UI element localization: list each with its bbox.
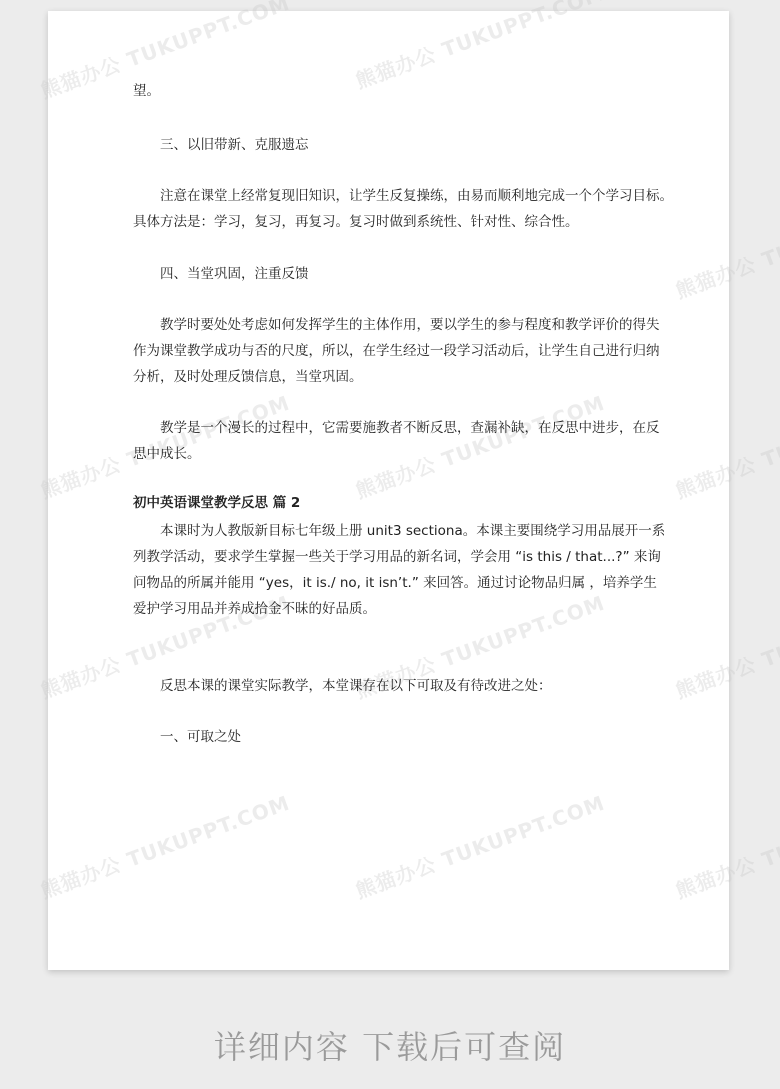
- watermark: 熊猫办公 TUKUPPT.COM: [671, 787, 780, 904]
- article-title: 初中英语课堂教学反思 篇 2: [133, 491, 300, 511]
- watermark: 熊猫办公 TUKUPPT.COM: [351, 787, 608, 904]
- section-heading: 一、可取之处: [160, 725, 241, 745]
- watermark: 熊猫办公 TUKUPPT.COM: [351, 387, 608, 504]
- download-prompt: 详细内容 下载后可查阅: [0, 1022, 780, 1068]
- text-line: 思中成长。: [133, 442, 201, 462]
- section-heading: 三、以旧带新、克服遗忘: [160, 133, 309, 153]
- text-line: 列教学活动，要求学生掌握一些关于学习用品的新名词，学会用 “is this / …: [133, 545, 661, 565]
- watermark: 熊猫办公 TUKUPPT.COM: [671, 187, 780, 304]
- watermark: 熊猫办公 TUKUPPT.COM: [36, 787, 293, 904]
- text-line: 望。: [133, 79, 160, 99]
- watermark: 熊猫办公 TUKUPPT.COM: [36, 0, 293, 104]
- watermark: 熊猫办公 TUKUPPT.COM: [351, 0, 608, 94]
- text-line: 反思本课的课堂实际教学，本堂课存在以下可取及有待改进之处：: [160, 674, 552, 694]
- text-line: 教学是一个漫长的过程中，它需要施教者不断反思，查漏补缺，在反思中进步，在反: [160, 416, 660, 436]
- text-line: 本课时为人教版新目标七年级上册 unit3 sectiona。本课主要围绕学习用…: [160, 519, 665, 539]
- text-line: 教学时要处处考虑如何发挥学生的主体作用，要以学生的参与程度和教学评价的得失: [160, 313, 660, 333]
- watermark: 熊猫办公 TUKUPPT.COM: [671, 387, 780, 504]
- text-line: 注意在课堂上经常复现旧知识，让学生反复操练，由易而顺利地完成一个个学习目标。: [160, 184, 673, 204]
- text-line: 作为课堂教学成功与否的尺度，所以，在学生经过一段学习活动后，让学生自己进行归纳: [133, 339, 660, 359]
- text-line: 爱护学习用品并养成拾金不昧的好品质。: [133, 597, 376, 617]
- text-line: 问物品的所属并能用 “yes，it is./ no, it isn’t.” 来回…: [133, 571, 657, 591]
- watermark: 熊猫办公 TUKUPPT.COM: [671, 587, 780, 704]
- document-page: 熊猫办公 TUKUPPT.COM 熊猫办公 TUKUPPT.COM 熊猫办公 T…: [48, 11, 729, 970]
- text-line: 分析，及时处理反馈信息，当堂巩固。: [133, 365, 363, 385]
- text-line: 具体方法是：学习，复习，再复习。复习时做到系统性、针对性、综合性。: [133, 210, 579, 230]
- section-heading: 四、当堂巩固，注重反馈: [160, 262, 309, 282]
